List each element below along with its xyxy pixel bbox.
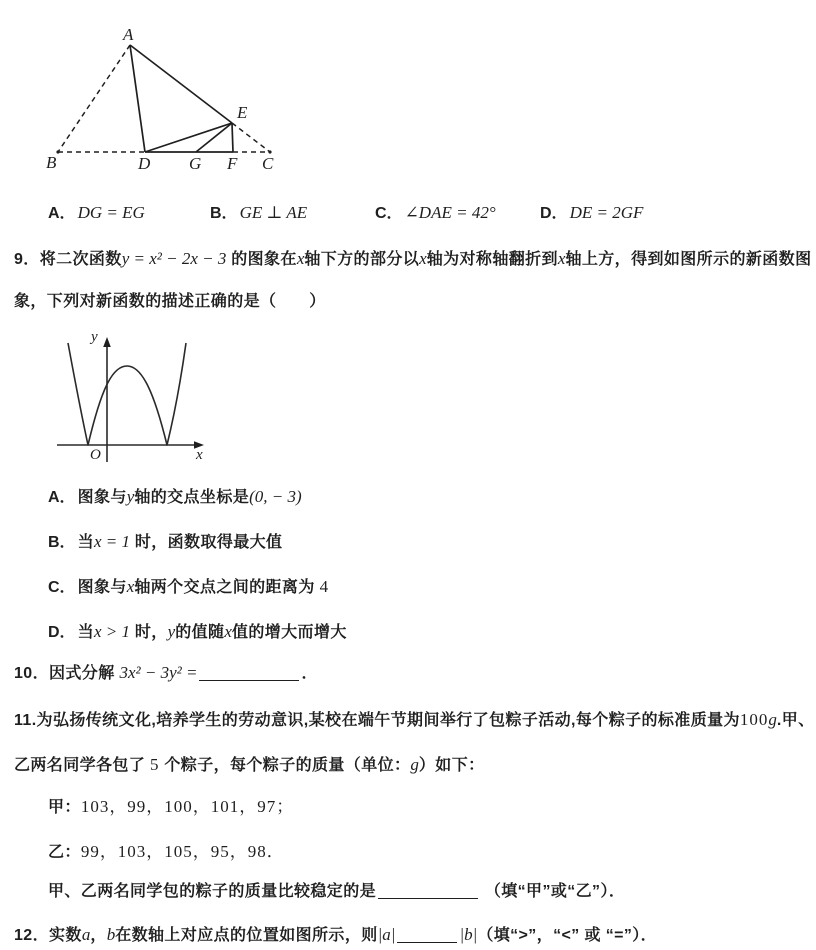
geometry-figure: A B D G F C E — [30, 10, 310, 180]
text-run: x = 1 — [94, 532, 130, 551]
text-run: 轴下方的部分以 — [304, 251, 419, 268]
text-run: |a| — [378, 925, 396, 944]
option-letter: C． — [375, 205, 403, 222]
text-run: 9．将二次函数 — [14, 251, 122, 268]
text-run: 3x² − 3y² = — [119, 663, 197, 682]
point-label-c: C — [262, 154, 274, 173]
text-run: 在数轴上对应点的位置如图所示，则 — [115, 927, 377, 944]
segment-de — [145, 123, 232, 152]
option-letter: A． — [48, 489, 76, 506]
text-run: 轴上方，得到如图所示的新函数图 — [565, 251, 811, 268]
option-body: 图象与y轴的交点坐标是(0, − 3) — [78, 489, 302, 506]
option-letter: D． — [540, 205, 568, 222]
text-run: 的图象在 — [226, 251, 296, 268]
option-math: ∠DAE = 42° — [405, 203, 496, 222]
option-math: DG = EG — [78, 203, 145, 222]
text-run: 图象与 — [78, 579, 127, 596]
option-letter: B． — [210, 205, 238, 222]
text-run: 100 — [740, 710, 769, 729]
q8-option-d: D．DE = 2GF — [540, 200, 643, 223]
text-run: x > 1 — [94, 622, 130, 641]
q8-option-b: B．GE ⊥ AE — [210, 200, 375, 223]
q9-option-b: B．当x = 1 时，函数取得最大值 — [48, 530, 282, 555]
text-run: .甲、 — [777, 712, 815, 729]
text-run: 的值随 — [175, 624, 224, 641]
point-label-b: B — [46, 153, 57, 172]
point-label-f: F — [226, 154, 238, 173]
text-run: （填“甲”或“乙”）． — [480, 883, 625, 900]
q11-data-jia: 甲：103，99，100，101，97； — [48, 795, 294, 820]
text-run: 轴两个交点之间的距离为 — [134, 579, 319, 596]
fill-in-blank — [199, 664, 299, 681]
option-body: 图象与x轴两个交点之间的距离为 4 — [78, 579, 330, 596]
question12-stem: 12．实数a，b在数轴上对应点的位置如图所示，则|a||b|（填“>”，“<” … — [14, 923, 657, 948]
text-run: 值的增大而增大 — [232, 624, 347, 641]
text-run: 103，99，100，101，97； — [81, 797, 295, 816]
text-run: g — [410, 755, 419, 774]
question11-stem-line2: 乙两名同学各包了 5 个粽子，每个粽子的质量（单位：g）如下： — [14, 753, 485, 778]
text-run: 时， — [130, 624, 168, 641]
text-run: g — [768, 710, 777, 729]
text-run: 轴的交点坐标是 — [134, 489, 249, 506]
question9-stem-line2: 象，下列对新函数的描述正确的是（ ） — [14, 290, 326, 314]
text-run: 时，函数取得最大值 — [130, 534, 282, 551]
y-axis-arrow — [103, 337, 111, 347]
text-run: x — [224, 622, 232, 641]
text-run: 甲、乙两名同学包的粽子的质量比较稳定的是 — [48, 883, 376, 900]
text-run: 99，103，105，95，98． — [81, 842, 285, 861]
text-run: ， — [90, 927, 106, 944]
q11-data-yi: 乙：99，103，105，95，98． — [48, 840, 285, 865]
text-run: |b| — [459, 925, 477, 944]
point-label-d: D — [137, 154, 151, 173]
question9-stem-line1: 9．将二次函数y = x² − 2x − 3 的图象在x轴下方的部分以x轴为对称… — [14, 247, 811, 272]
text-run: 当 — [78, 624, 94, 641]
text-run: ）如下： — [419, 757, 485, 774]
q8-option-a: A．DG = EG — [48, 200, 210, 223]
text-run: 5 — [150, 755, 160, 774]
point-b-dot — [56, 150, 59, 153]
text-run: 甲： — [48, 799, 81, 816]
option-body: 当x > 1 时，y的值随x值的增大而增大 — [78, 624, 347, 641]
option-body: 当x = 1 时，函数取得最大值 — [78, 534, 283, 551]
text-run: b — [107, 925, 116, 944]
text-run: 4 — [320, 577, 330, 596]
segment-fe — [232, 123, 233, 152]
fill-in-blank — [397, 926, 457, 943]
text-run: 轴为对称轴翻折到 — [427, 251, 558, 268]
text-run: y = x² − 2x − 3 — [122, 249, 227, 268]
q9-option-c: C．图象与x轴两个交点之间的距离为 4 — [48, 575, 329, 600]
segment-ge — [196, 123, 232, 152]
text-run: (0, − 3) — [249, 487, 302, 506]
text-run: 象，下列对新函数的描述正确的是（ ） — [14, 293, 326, 310]
point-label-a: A — [122, 25, 134, 44]
point-label-g: G — [189, 154, 201, 173]
q9-option-a: A．图象与y轴的交点坐标是(0, − 3) — [48, 485, 302, 510]
text-run: （填“>”，“<” 或 “=”）． — [477, 927, 657, 944]
option-letter: C． — [48, 579, 76, 596]
segment-ab-dashed — [58, 45, 130, 152]
option-letter: B． — [48, 534, 76, 551]
option-letter: D． — [48, 624, 76, 641]
text-run: 图象与 — [78, 489, 127, 506]
segment-ae — [130, 45, 232, 123]
text-run: 当 — [78, 534, 94, 551]
segment-ec-dashed — [232, 123, 270, 152]
q9-option-d: D．当x > 1 时，y的值随x值的增大而增大 — [48, 620, 347, 645]
q8-option-c: C．∠DAE = 42° — [375, 200, 540, 223]
text-run: 10．因式分解 — [14, 665, 119, 682]
text-run: 11.为弘扬传统文化,培养学生的劳动意识,某校在端午节期间举行了包粽子活动,每个… — [14, 712, 740, 729]
question8-options: A．DG = EG B．GE ⊥ AE C．∠DAE = 42° D．DE = … — [48, 200, 788, 223]
question10-stem: 10．因式分解 3x² − 3y² =． — [14, 661, 318, 686]
question11-stem-line1: 11.为弘扬传统文化,培养学生的劳动意识,某校在端午节期间举行了包粽子活动,每个… — [14, 708, 815, 733]
segment-ad — [130, 45, 145, 152]
origin-label: O — [90, 447, 101, 463]
point-label-e: E — [236, 103, 248, 122]
x-axis-label: x — [195, 447, 203, 463]
text-run: ． — [301, 665, 317, 682]
text-run: 个粽子，每个粽子的质量（单位： — [160, 757, 411, 774]
text-run: 乙： — [48, 844, 81, 861]
y-axis-label: y — [89, 329, 98, 345]
q11-fill-in-line: 甲、乙两名同学包的粽子的质量比较稳定的是 （填“甲”或“乙”）． — [48, 880, 625, 904]
option-math: DE = 2GF — [570, 203, 644, 222]
fill-in-blank — [378, 882, 478, 899]
reflected-parabola-curve — [68, 343, 186, 445]
option-math: GE ⊥ AE — [240, 203, 308, 222]
text-run: x — [419, 249, 427, 268]
text-run: 12．实数 — [14, 927, 82, 944]
text-run: 乙两名同学各包了 — [14, 757, 150, 774]
exam-page: A B D G F C E A．DG = EG B．GE ⊥ AE C．∠DAE… — [0, 0, 816, 950]
function-graph: y x O — [48, 326, 220, 468]
option-letter: A． — [48, 205, 76, 222]
